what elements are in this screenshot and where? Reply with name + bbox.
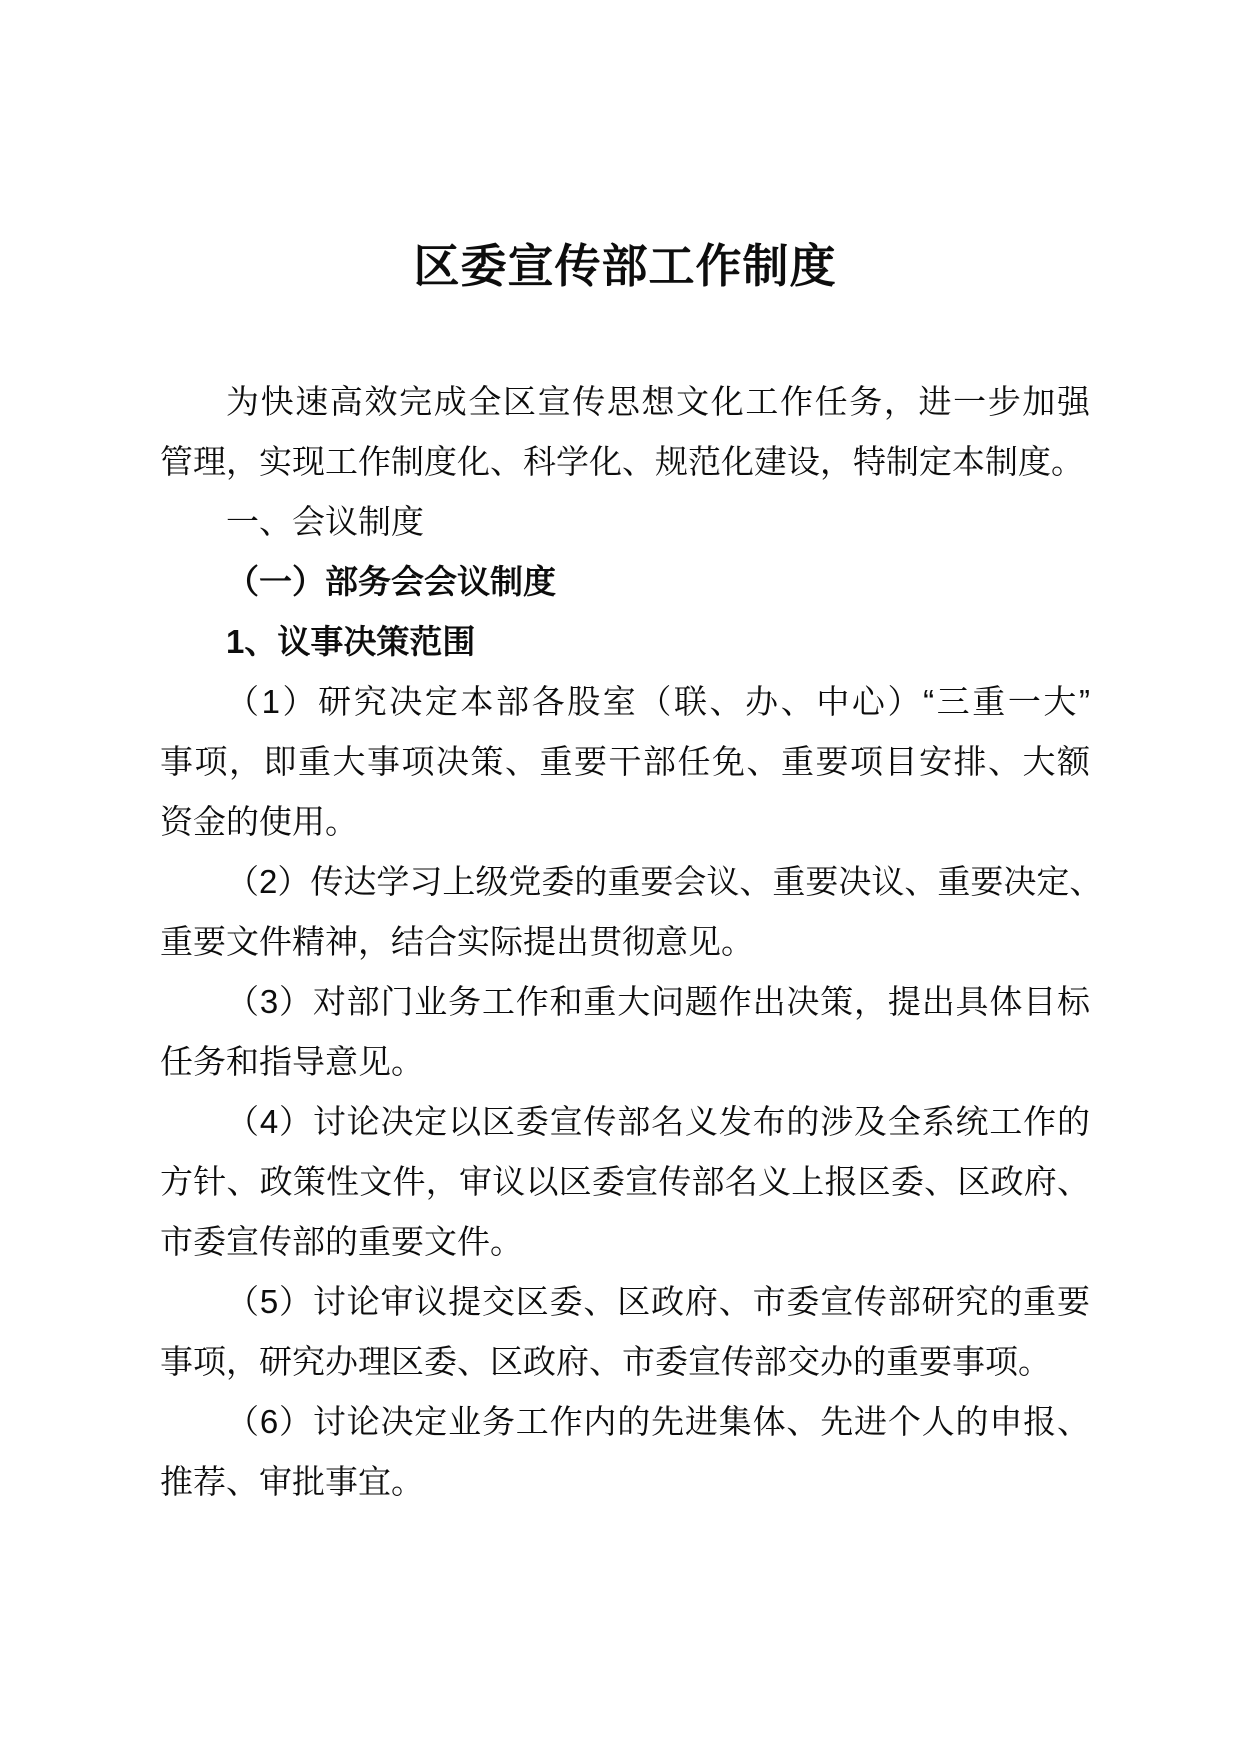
heading-line: 一、会议制度 — [160, 492, 1090, 552]
document-body: 为快速高效完成全区宣传思想文化工作任务，进一步加强 管理，实现工作制度化、科学化… — [160, 372, 1090, 1512]
text-line: （4）讨论决定以区委宣传部名义发布的涉及全系统工作的 — [160, 1092, 1090, 1152]
heading-line: （一）部务会会议制度 — [160, 552, 1090, 612]
numbered-item-2: （2）传达学习上级党委的重要会议、重要决议、重要决定、 重要文件精神，结合实际提… — [160, 852, 1090, 972]
text-line: （2）传达学习上级党委的重要会议、重要决议、重要决定、 — [160, 852, 1090, 912]
text-line: （5）讨论审议提交区委、区政府、市委宣传部研究的重要 — [160, 1272, 1090, 1332]
text-line: 重要文件精神，结合实际提出贯彻意见。 — [160, 912, 1090, 972]
numbered-item-3: （3）对部门业务工作和重大问题作出决策，提出具体目标 任务和指导意见。 — [160, 972, 1090, 1092]
numbered-item-5: （5）讨论审议提交区委、区政府、市委宣传部研究的重要 事项，研究办理区委、区政府… — [160, 1272, 1090, 1392]
document-page: 区委宣传部工作制度 为快速高效完成全区宣传思想文化工作任务，进一步加强 管理，实… — [0, 0, 1240, 1754]
numbered-item-4: （4）讨论决定以区委宣传部名义发布的涉及全系统工作的 方针、政策性文件，审议以区… — [160, 1092, 1090, 1272]
heading-decision-scope: 1、议事决策范围 — [160, 612, 1090, 672]
text-line: 资金的使用。 — [160, 792, 1090, 852]
text-line: （1）研究决定本部各股室（联、办、中心）“三重一大” — [160, 672, 1090, 732]
numbered-item-6: （6）讨论决定业务工作内的先进集体、先进个人的申报、 推荐、审批事宜。 — [160, 1392, 1090, 1512]
text-line: （6）讨论决定业务工作内的先进集体、先进个人的申报、 — [160, 1392, 1090, 1452]
text-line: 事项，研究办理区委、区政府、市委宣传部交办的重要事项。 — [160, 1332, 1090, 1392]
heading-department-meeting-system: （一）部务会会议制度 — [160, 552, 1090, 612]
heading-line: 1、议事决策范围 — [160, 612, 1090, 672]
document-title: 区委宣传部工作制度 — [160, 236, 1090, 296]
text-line: 管理，实现工作制度化、科学化、规范化建设，特制定本制度。 — [160, 432, 1090, 492]
intro-paragraph: 为快速高效完成全区宣传思想文化工作任务，进一步加强 管理，实现工作制度化、科学化… — [160, 372, 1090, 492]
text-line: 事项，即重大事项决策、重要干部任免、重要项目安排、大额 — [160, 732, 1090, 792]
text-line: （3）对部门业务工作和重大问题作出决策，提出具体目标 — [160, 972, 1090, 1032]
numbered-item-1: （1）研究决定本部各股室（联、办、中心）“三重一大” 事项，即重大事项决策、重要… — [160, 672, 1090, 852]
heading-meeting-system: 一、会议制度 — [160, 492, 1090, 552]
text-line: 任务和指导意见。 — [160, 1032, 1090, 1092]
text-line: 推荐、审批事宜。 — [160, 1452, 1090, 1512]
text-line: 方针、政策性文件，审议以区委宣传部名义上报区委、区政府、 — [160, 1152, 1090, 1212]
text-line: 为快速高效完成全区宣传思想文化工作任务，进一步加强 — [160, 372, 1090, 432]
text-line: 市委宣传部的重要文件。 — [160, 1212, 1090, 1272]
